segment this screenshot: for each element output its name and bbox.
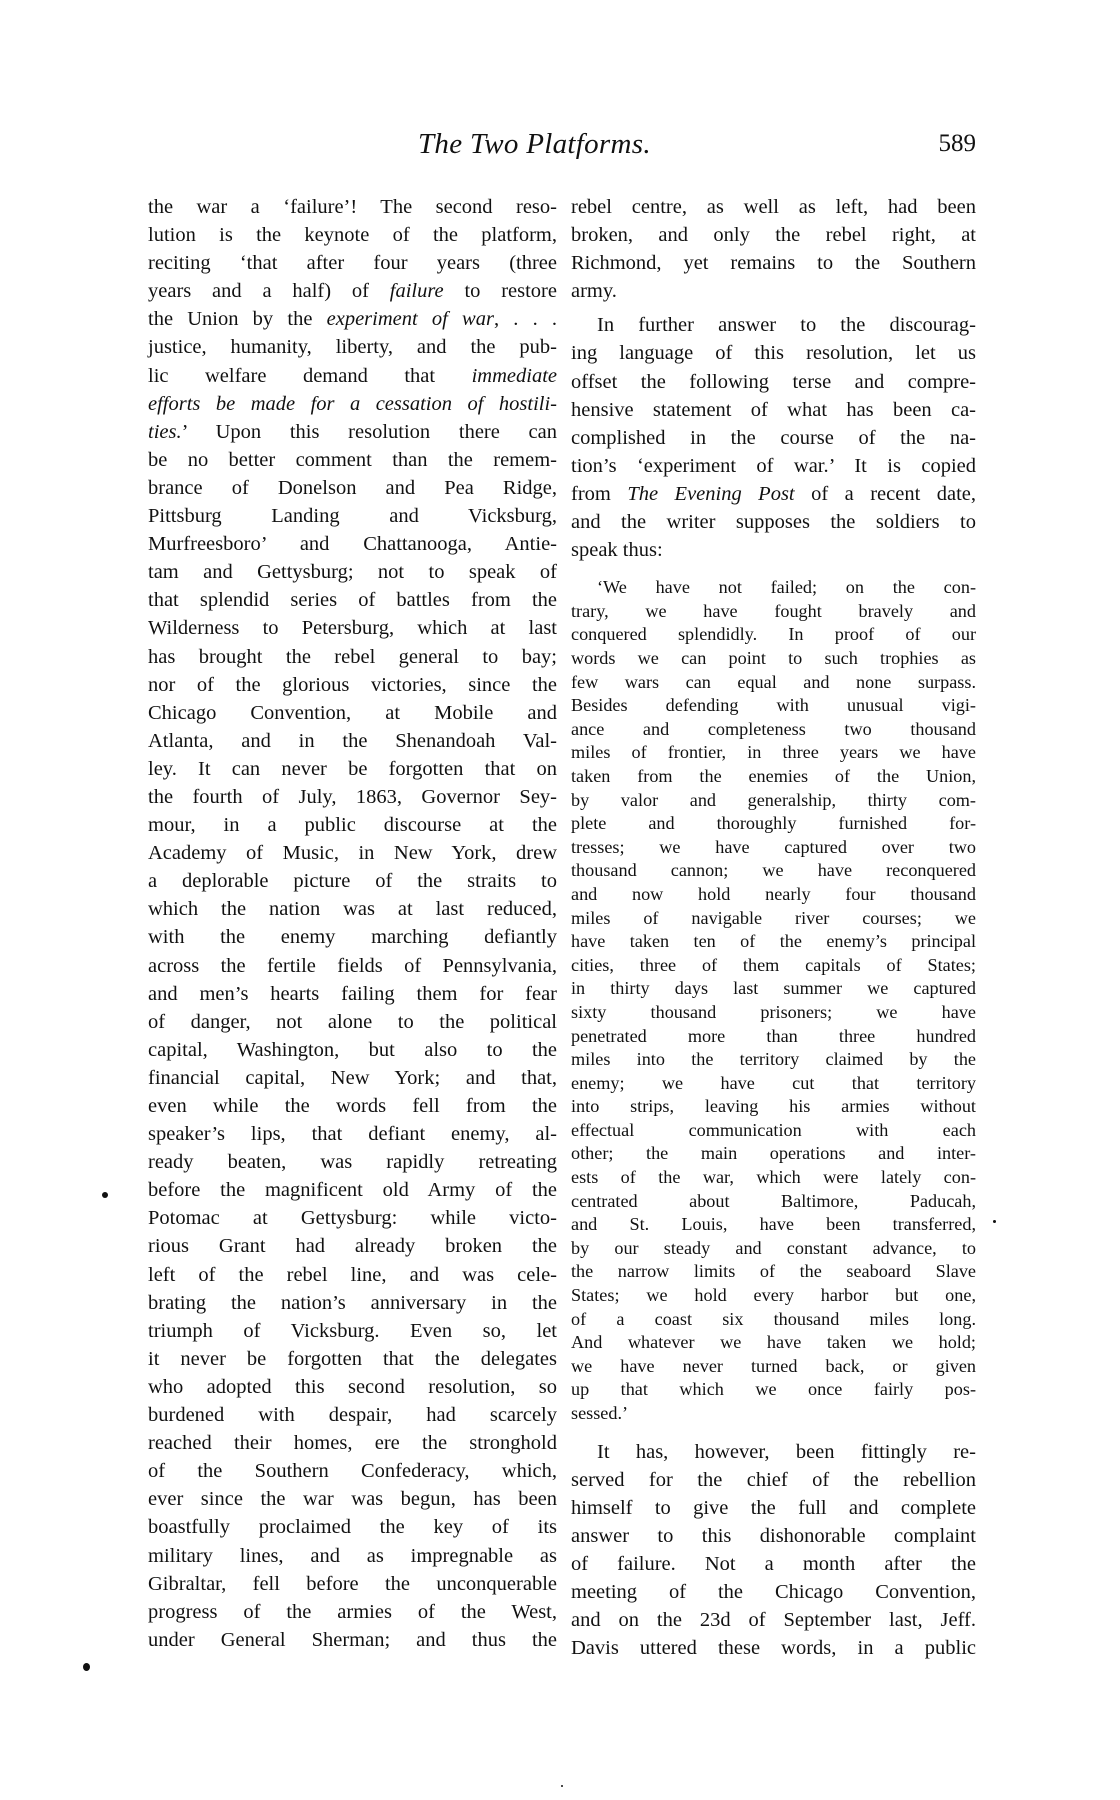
text-line: miles of frontier, in three years we hav… — [571, 741, 976, 765]
text-line: and men’s hearts failing them for fear — [148, 980, 557, 1008]
text-line: other; the main operations and inter- — [571, 1142, 976, 1166]
text-line: Atlanta, and in the Shenandoah Val- — [148, 727, 557, 755]
text-line: centrated about Baltimore, Paducah, — [571, 1190, 976, 1214]
text-line: efforts be made for a cessation of hosti… — [148, 390, 557, 418]
text-line: brance of Donelson and Pea Ridge, — [148, 474, 557, 502]
text-line: words we can point to such trophies as — [571, 647, 976, 671]
text-line: of the Southern Confederacy, which, — [148, 1457, 557, 1485]
text-line: a deplorable picture of the straits to — [148, 867, 557, 895]
text-line: it never be forgotten that the delegates — [148, 1345, 557, 1373]
text-line: mour, in a public discourse at the — [148, 811, 557, 839]
paragraph-rebel-centre: rebel centre, as well as left, had beenb… — [571, 193, 976, 305]
text-line: served for the chief of the rebellion — [571, 1466, 976, 1494]
text-line: tam and Gettysburg; not to speak of — [148, 558, 557, 586]
text-line: ests of the war, which were lately con- — [571, 1166, 976, 1190]
text-line: who adopted this second resolution, so — [148, 1373, 557, 1401]
italic-text: immediate — [472, 365, 557, 387]
text-line: progress of the armies of the West, — [148, 1598, 557, 1626]
scan-speck — [102, 1192, 108, 1198]
text-line: speak thus: — [571, 536, 976, 564]
text-line: even while the words fell from the — [148, 1092, 557, 1120]
right-column: rebel centre, as well as left, had beenb… — [571, 193, 976, 1662]
text-line: reached their homes, ere the stronghold — [148, 1429, 557, 1457]
text-line: enemy; we have cut that territory — [571, 1072, 976, 1096]
text-line: before the magnificent old Army of the — [148, 1176, 557, 1204]
text-line: States; we hold every harbor but one, — [571, 1284, 976, 1308]
text-line: speaker’s lips, that defiant enemy, al- — [148, 1120, 557, 1148]
text-line: And whatever we have taken we hold; — [571, 1331, 976, 1355]
text-line: nor of the glorious victories, since the — [148, 671, 557, 699]
scan-speck — [561, 1785, 563, 1787]
text-line: Chicago Convention, at Mobile and — [148, 699, 557, 727]
book-page: The Two Platforms. 589 the war a ‘failur… — [0, 0, 1120, 1800]
text-line: hensive statement of what has been ca- — [571, 396, 976, 424]
text-line: ties.’ Upon this resolution there can — [148, 418, 557, 446]
text-line: up that which we once fairly pos- — [571, 1378, 976, 1402]
text-line: be no better comment than the remem- — [148, 446, 557, 474]
text-line: rebel centre, as well as left, had been — [571, 193, 976, 221]
page-number: 589 — [939, 130, 977, 158]
text-line: into strips, leaving his armies without — [571, 1095, 976, 1119]
text-line: trary, we have fought bravely and — [571, 600, 976, 624]
text-line: army. — [571, 277, 976, 305]
text-line: ing language of this resolution, let us — [571, 339, 976, 367]
text-line: and St. Louis, have been transferred, — [571, 1213, 976, 1237]
text-line: capital, Washington, but also to the — [148, 1036, 557, 1064]
text-line: conquered splendidly. In proof of our — [571, 623, 976, 647]
text-line: have taken ten of the enemy’s principal — [571, 930, 976, 954]
paragraph-chief-of-rebellion: It has, however, been fittingly re-serve… — [571, 1438, 976, 1663]
text-line: triumph of Vicksburg. Even so, let — [148, 1317, 557, 1345]
text-line: cities, three of them capitals of States… — [571, 954, 976, 978]
text-line: boastfully proclaimed the key of its — [148, 1513, 557, 1541]
running-title: The Two Platforms. — [418, 128, 651, 161]
text-line: Davis uttered these words, in a public — [571, 1634, 976, 1662]
text-line: In further answer to the discourag- — [571, 311, 976, 339]
text-line: in thirty days last summer we captured — [571, 977, 976, 1001]
text-line: with the enemy marching defiantly — [148, 923, 557, 951]
text-line: we have never turned back, or given — [571, 1355, 976, 1379]
italic-text: failure — [390, 280, 444, 302]
paragraph-gap — [571, 1426, 976, 1438]
text-line: under General Sherman; and thus the — [148, 1626, 557, 1654]
left-column: the war a ‘failure’! The second reso-lut… — [148, 193, 557, 1654]
text-line: and now hold nearly four thousand — [571, 883, 976, 907]
text-line: penetrated more than three hundred — [571, 1025, 976, 1049]
text-line: by our steady and constant advance, to — [571, 1237, 976, 1261]
text-line: himself to give the full and complete — [571, 1494, 976, 1522]
text-line: that splendid series of battles from the — [148, 586, 557, 614]
text-line: the narrow limits of the seaboard Slave — [571, 1260, 976, 1284]
text-line: of a coast six thousand miles long. — [571, 1308, 976, 1332]
scan-speck — [83, 1663, 90, 1671]
text-line: the Union by the experiment of war, . . … — [148, 305, 557, 333]
text-line: miles into the territory claimed by the — [571, 1048, 976, 1072]
text-line: thousand cannon; we have reconquered — [571, 859, 976, 883]
block-quotation: ‘We have not failed; on the con-trary, w… — [571, 576, 976, 1425]
text-line: left of the rebel line, and was cele- — [148, 1261, 557, 1289]
text-line: tion’s ‘experiment of war.’ It is copied — [571, 452, 976, 480]
paragraph-further-answer: In further answer to the discourag-ing l… — [571, 311, 976, 564]
text-line: meeting of the Chicago Convention, — [571, 1578, 976, 1606]
text-line: Academy of Music, in New York, drew — [148, 839, 557, 867]
text-line: plete and thoroughly furnished for- — [571, 812, 976, 836]
text-line: sessed.’ — [571, 1402, 976, 1426]
text-line: and the writer supposes the soldiers to — [571, 508, 976, 536]
text-line: Pittsburg Landing and Vicksburg, — [148, 502, 557, 530]
text-line: Gibraltar, fell before the unconquerable — [148, 1570, 557, 1598]
text-line: sixty thousand prisoners; we have — [571, 1001, 976, 1025]
italic-text: The Evening Post — [627, 483, 794, 505]
text-line: offset the following terse and compre- — [571, 368, 976, 396]
text-line: It has, however, been fittingly re- — [571, 1438, 976, 1466]
text-line: years and a half) of failure to restore — [148, 277, 557, 305]
text-line: of danger, not alone to the political — [148, 1008, 557, 1036]
running-head: The Two Platforms. 589 — [148, 128, 976, 168]
text-line: answer to this dishonorable complaint — [571, 1522, 976, 1550]
text-line: from The Evening Post of a recent date, — [571, 480, 976, 508]
text-line: and on the 23d of September last, Jeff. — [571, 1606, 976, 1634]
text-line: ance and completeness two thousand — [571, 718, 976, 742]
paragraph-gap — [571, 564, 976, 576]
text-line: brating the nation’s anniversary in the — [148, 1289, 557, 1317]
text-line: Besides defending with unusual vigi- — [571, 694, 976, 718]
text-line: lution is the keynote of the platform, — [148, 221, 557, 249]
text-line: justice, humanity, liberty, and the pub- — [148, 333, 557, 361]
text-line: burdened with despair, had scarcely — [148, 1401, 557, 1429]
italic-text: efforts be made for a cessation of hosti… — [148, 393, 557, 415]
text-line: rious Grant had already broken the — [148, 1232, 557, 1260]
italic-text: experiment of war — [327, 308, 494, 330]
text-line: few wars can equal and none surpass. — [571, 671, 976, 695]
text-line: military lines, and as impregnable as — [148, 1542, 557, 1570]
text-line: effectual communication with each — [571, 1119, 976, 1143]
text-line: financial capital, New York; and that, — [148, 1064, 557, 1092]
text-line: Murfreesboro’ and Chattanooga, Antie- — [148, 530, 557, 558]
text-line: lic welfare demand that immediate — [148, 362, 557, 390]
scan-speck — [993, 1220, 996, 1223]
text-line: the fourth of July, 1863, Governor Sey- — [148, 783, 557, 811]
text-line: Richmond, yet remains to the Southern — [571, 249, 976, 277]
text-line: of failure. Not a month after the — [571, 1550, 976, 1578]
text-line: by valor and generalship, thirty com- — [571, 789, 976, 813]
text-line: broken, and only the rebel right, at — [571, 221, 976, 249]
text-line: complished in the course of the na- — [571, 424, 976, 452]
italic-text: ties. — [148, 421, 182, 443]
text-line: taken from the enemies of the Union, — [571, 765, 976, 789]
text-line: which the nation was at last reduced, — [148, 895, 557, 923]
text-line: ever since the war was begun, has been — [148, 1485, 557, 1513]
text-line: ready beaten, was rapidly retreating — [148, 1148, 557, 1176]
text-line: Potomac at Gettysburg: while victo- — [148, 1204, 557, 1232]
text-line: miles of navigable river courses; we — [571, 907, 976, 931]
text-line: reciting ‘that after four years (three — [148, 249, 557, 277]
text-line: tresses; we have captured over two — [571, 836, 976, 860]
text-line: ‘We have not failed; on the con- — [571, 576, 976, 600]
text-line: ley. It can never be forgotten that on — [148, 755, 557, 783]
text-line: has brought the rebel general to bay; — [148, 643, 557, 671]
text-line: the war a ‘failure’! The second reso- — [148, 193, 557, 221]
text-line: across the fertile fields of Pennsylvani… — [148, 952, 557, 980]
text-line: Wilderness to Petersburg, which at last — [148, 614, 557, 642]
